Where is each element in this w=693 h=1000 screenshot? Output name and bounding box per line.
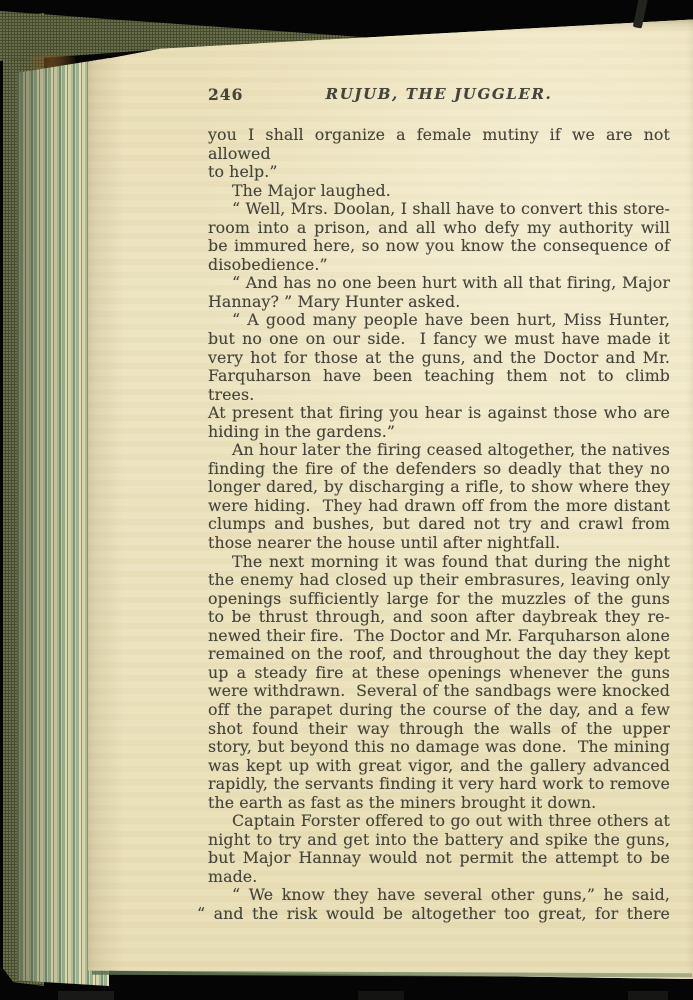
text-line: the enemy had closed up their embrasures… — [208, 571, 670, 590]
text-line: you I shall organize a female mutiny if … — [208, 126, 670, 163]
text-line: newed their fire. The Doctor and Mr. Far… — [208, 627, 670, 646]
text-line: clumps and bushes, but dared not try and… — [208, 515, 670, 534]
book-page: 246 RUJUB, THE JUGGLER. you I shall orga… — [88, 18, 693, 980]
text-line: were withdrawn. Several of the sandbags … — [208, 682, 670, 701]
text-line: The Major laughed. — [208, 182, 670, 201]
text-line: An hour later the firing ceased altogeth… — [208, 441, 670, 460]
text-line: to help.” — [208, 163, 670, 182]
text-line: “ and the risk would be altogether too g… — [208, 905, 670, 924]
text-line: “ We know they have several other guns,”… — [208, 886, 670, 905]
floor-reflection — [58, 991, 114, 1000]
text-line: “ A good many people have been hurt, Mis… — [208, 311, 670, 330]
text-line: story, but beyond this no damage was don… — [208, 738, 670, 757]
text-line: very hot for those at the guns, and the … — [208, 349, 670, 368]
text-line: remained on the roof, and throughout the… — [208, 645, 670, 664]
text-line: up a steady fire at these openings whene… — [208, 664, 670, 683]
text-line: disobedience.” — [208, 256, 670, 275]
text-line: those nearer the house until after night… — [208, 534, 670, 553]
text-line: shot found their way through the walls o… — [208, 720, 670, 739]
text-line: “ And has no one been hurt with all that… — [208, 274, 670, 293]
text-line: Captain Forster offered to go out with t… — [208, 812, 670, 831]
text-line: finding the fire of the defenders so dea… — [208, 460, 670, 479]
text-line: were hiding. They had drawn off from the… — [208, 497, 670, 516]
page-header: 246 RUJUB, THE JUGGLER. — [208, 85, 670, 107]
text-line: but no one on our side. I fancy we must … — [208, 330, 670, 349]
text-line: rapidly, the servants finding it very ha… — [208, 775, 670, 794]
text-line: At present that firing you hear is again… — [208, 404, 670, 423]
text-line: openings sufficiently large for the muzz… — [208, 590, 670, 609]
text-line: “ Well, Mrs. Doolan, I shall have to con… — [208, 200, 670, 219]
text-line: to be thrust through, and soon after day… — [208, 608, 670, 627]
text-line: but Major Hannay would not permit the at… — [208, 849, 670, 868]
book-photo: 246 RUJUB, THE JUGGLER. you I shall orga… — [0, 0, 693, 1000]
text-line: night to try and get into the battery an… — [208, 831, 670, 850]
text-line: Farquharson have been teaching them not … — [208, 367, 670, 404]
text-line: the earth as fast as the miners brought … — [208, 794, 670, 813]
floor-reflection — [358, 991, 404, 1000]
text-line: room into a prison, and all who defy my … — [208, 219, 670, 238]
text-line: was kept up with great vigor, and the ga… — [208, 757, 670, 776]
floor-reflection — [628, 991, 668, 1000]
text-line: The next morning it was found that durin… — [208, 553, 670, 572]
printed-area: 246 RUJUB, THE JUGGLER. you I shall orga… — [208, 85, 670, 924]
text-line: off the parapet during the course of the… — [208, 701, 670, 720]
running-title: RUJUB, THE JUGGLER. — [208, 85, 670, 103]
text-line: be immured here, so now you know the con… — [208, 237, 670, 256]
text-line: hiding in the gardens.” — [208, 423, 670, 442]
text-line: made. — [208, 868, 670, 887]
text-line: longer dared, by discharging a rifle, to… — [208, 478, 670, 497]
page-text: you I shall organize a female mutiny if … — [208, 126, 670, 924]
text-line: Hannay? ” Mary Hunter asked. — [208, 293, 670, 312]
